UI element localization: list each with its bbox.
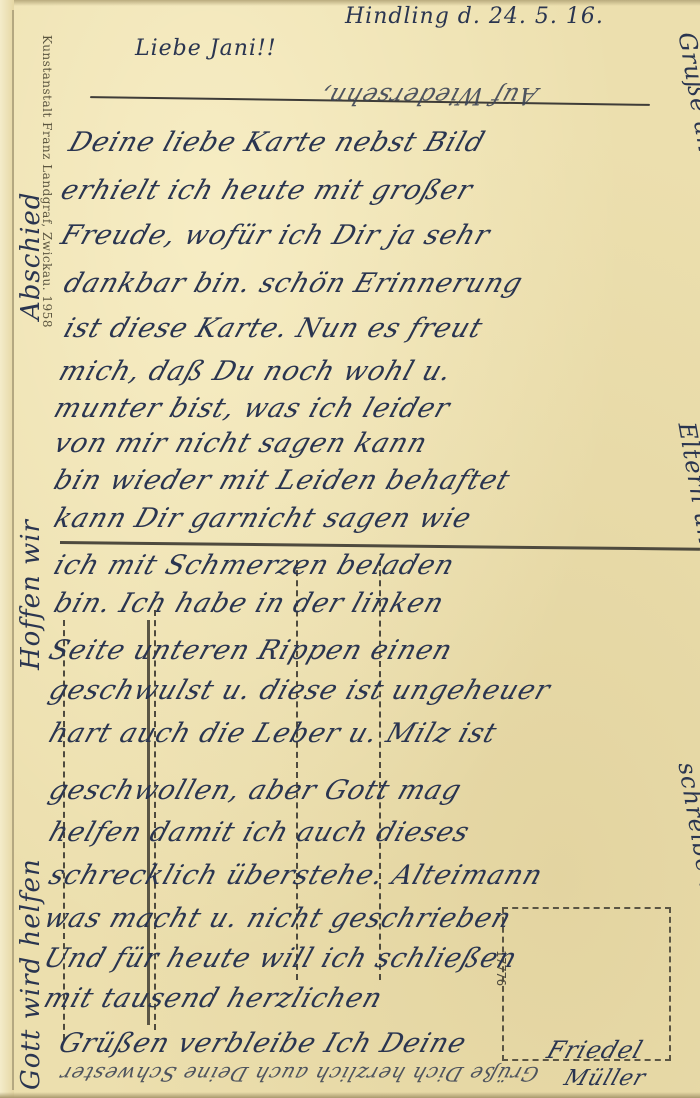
body-line: mich, daß Du noch wohl u. xyxy=(55,356,456,387)
salutation: Liebe Jani!! xyxy=(135,36,277,61)
upside-down-note: Auf Wiedersehn, xyxy=(315,82,541,110)
left-margin-note: Gott wird helfen xyxy=(16,858,46,1090)
body-line: Grüßen verbleibe Ich Deine xyxy=(55,1028,471,1059)
left-margin-note: Hoffen wir xyxy=(16,519,46,670)
body-line: helfen damit ich auch dieses xyxy=(45,817,474,848)
body-line: ist diese Karte. Nun es freut xyxy=(60,313,487,344)
body-line: was macht u. nicht geschrieben xyxy=(40,903,516,934)
upside-down-bottom-note: Grüße Dich herzlich auch Deine Schwester xyxy=(56,1062,542,1086)
right-margin-note: schreibe bald wieder xyxy=(672,760,700,1036)
body-line: Und für heute will ich schließen xyxy=(40,943,521,974)
body-line: bin. Ich habe in der linken xyxy=(50,588,448,619)
body-line: von mir nicht sagen kann xyxy=(50,428,432,459)
signature-surname: Müller xyxy=(561,1066,649,1091)
body-line: munter bist, was ich leider xyxy=(50,393,454,424)
body-line: dankbar bin. schön Erinnerung xyxy=(60,268,527,299)
body-line: kann Dir garnicht sagen wie xyxy=(50,503,476,534)
body-line: Seite unteren Rippen einen xyxy=(45,635,457,666)
card-edge-bottom xyxy=(0,1092,700,1098)
body-line: hart auch die Leber u. Milz ist xyxy=(45,718,501,749)
signature: Friedel xyxy=(543,1036,646,1064)
body-line: mit tausend herzlichen xyxy=(40,983,387,1014)
right-margin-note: Eltern und Geschwister xyxy=(672,420,700,730)
body-line: geschwollen, aber Gott mag xyxy=(45,775,466,806)
body-line: erhielt ich heute mit großer xyxy=(57,175,477,206)
body-line: geschwulst u. diese ist ungeheuer xyxy=(45,675,555,706)
body-line: schrecklich überstehe. Alteimann xyxy=(45,860,547,891)
right-margin-note: Grüße an Deine xyxy=(672,30,700,238)
card-border-line xyxy=(12,10,14,1090)
body-line: ich mit Schmerzen beladen xyxy=(50,550,459,581)
body-line: Freude, wofür ich Dir ja sehr xyxy=(57,220,494,251)
left-margin-note: Abschied xyxy=(16,192,46,320)
body-line: Deine liebe Karte nebst Bild xyxy=(65,127,489,158)
postcard: Kunstanstalt Franz Landgraf, Zwickau. 19… xyxy=(0,0,700,1098)
date-line: Hindling d. 24. 5. 16. xyxy=(345,4,604,29)
body-line: bin wieder mit Leiden behaftet xyxy=(50,465,514,496)
